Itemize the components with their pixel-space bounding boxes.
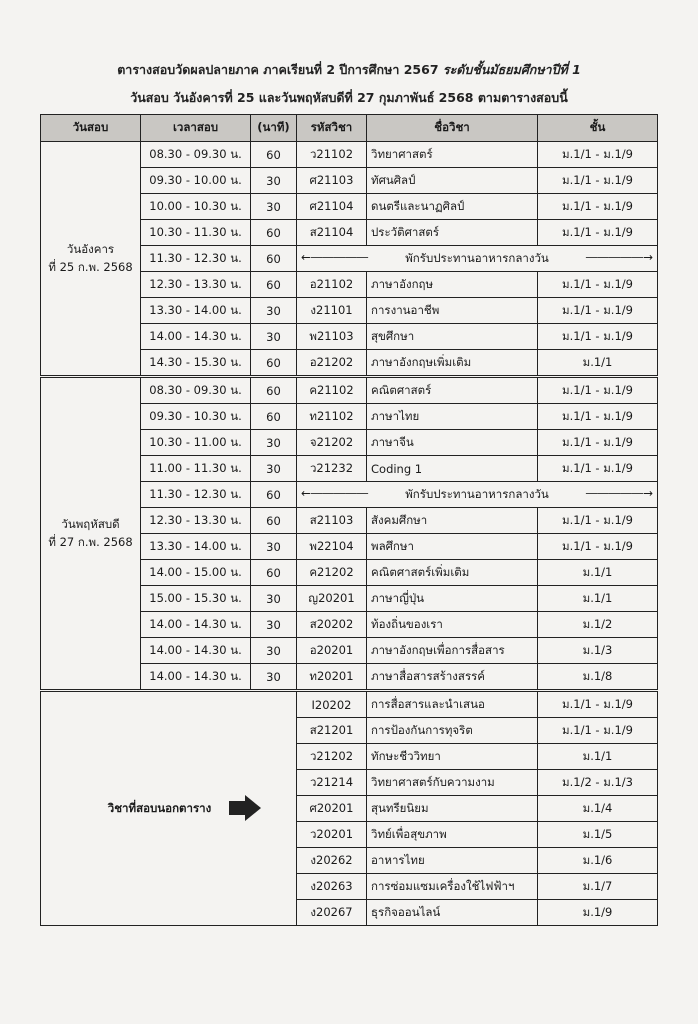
document-title: ตารางสอบวัดผลปลายภาค ภาคเรียนที่ 2 ปีการ… [0,60,698,80]
exam-date: ที่ 27 ก.พ. 2568 [45,534,136,552]
subject-name-cell: การป้องกันการทุจริต [367,718,538,744]
subject-code-cell: ว21232 [297,456,367,482]
subject-name-cell: การสื่อสารและนำเสนอ [367,691,538,718]
subject-name-cell: ทักษะชีววิทยา [367,744,538,770]
subject-code-cell: อ21102 [297,272,367,298]
subject-code-cell: ท21102 [297,404,367,430]
class-cell: ม.1/1 - ม.1/9 [538,508,658,534]
subject-code-cell: ส21201 [297,718,367,744]
minutes-cell: 30 [251,586,297,612]
minutes-cell: 30 [251,612,297,638]
time-cell: 14.00 - 14.30 น. [141,324,251,350]
time-cell: 12.30 - 13.30 น. [141,272,251,298]
subject-name-cell: ธุรกิจออนไลน์ [367,900,538,926]
subject-name-cell: ภาษาอังกฤษ [367,272,538,298]
left-arrow-icon: ←――――― [301,250,368,264]
subject-code-cell: ท20201 [297,664,367,691]
subject-name-cell: Coding 1 [367,456,538,482]
subject-name-cell: ภาษาอังกฤษเพิ่มเติม [367,350,538,377]
class-cell: ม.1/2 - ม.1/3 [538,770,658,796]
minutes-cell: 60 [251,350,297,377]
subject-name-cell: อาหารไทย [367,848,538,874]
minutes-cell: 60 [251,142,297,168]
right-arrow-icon: ―――――→ [586,250,653,264]
class-cell: ม.1/1 - ม.1/9 [538,220,658,246]
time-cell: 13.30 - 14.00 น. [141,534,251,560]
minutes-cell: 60 [251,220,297,246]
subject-name-cell: สุขศึกษา [367,324,538,350]
class-cell: ม.1/1 [538,350,658,377]
subject-name-cell: ทัศนศิลป์ [367,168,538,194]
time-cell: 11.30 - 12.30 น. [141,246,251,272]
class-cell: ม.1/1 [538,560,658,586]
subject-code-cell: ค21202 [297,560,367,586]
subject-code-cell: ง20263 [297,874,367,900]
subject-code-cell: จ21202 [297,430,367,456]
col-header-code: รหัสวิชา [297,115,367,142]
exam-date: ที่ 25 ก.พ. 2568 [45,259,136,277]
class-cell: ม.1/3 [538,638,658,664]
minutes-cell: 30 [251,168,297,194]
subject-name-cell: สังคมศึกษา [367,508,538,534]
lunch-break-cell: ←――――――――――→พักรับประทานอาหารกลางวัน [297,482,658,508]
subject-name-cell: ภาษาสื่อสารสร้างสรรค์ [367,664,538,691]
minutes-cell: 30 [251,194,297,220]
left-arrow-icon: ←――――― [301,486,368,500]
subject-name-cell: วิทย์เพื่อสุขภาพ [367,822,538,848]
col-header-time: เวลาสอบ [141,115,251,142]
subject-name-cell: ภาษาไทย [367,404,538,430]
subject-code-cell: ง20267 [297,900,367,926]
time-cell: 09.30 - 10.30 น. [141,404,251,430]
subject-name-cell: ประวัติศาสตร์ [367,220,538,246]
document-subtitle: วันสอบ วันอังคารที่ 25 และวันพฤหัสบดีที่… [0,88,698,108]
subject-code-cell: ญ20201 [297,586,367,612]
time-cell: 10.30 - 11.00 น. [141,430,251,456]
col-header-subject: ชื่อวิชา [367,115,538,142]
minutes-cell: 60 [251,377,297,404]
time-cell: 12.30 - 13.30 น. [141,508,251,534]
subject-name-cell: คณิตศาสตร์เพิ่มเติม [367,560,538,586]
lunch-break-label: พักรับประทานอาหารกลางวัน [405,251,549,265]
time-cell: 08.30 - 09.30 น. [141,377,251,404]
exam-date-cell: วันพฤหัสบดีที่ 27 ก.พ. 2568 [41,377,141,691]
subject-code-cell: พ22104 [297,534,367,560]
lunch-break-cell: ←――――――――――→พักรับประทานอาหารกลางวัน [297,246,658,272]
minutes-cell: 30 [251,638,297,664]
class-cell: ม.1/1 - ม.1/9 [538,324,658,350]
subject-name-cell: การงานอาชีพ [367,298,538,324]
exam-schedule-table: วันสอบ เวลาสอบ (นาที) รหัสวิชา ชื่อวิชา … [40,114,658,926]
minutes-cell: 60 [251,272,297,298]
class-cell: ม.1/9 [538,900,658,926]
subject-name-cell: ภาษาญี่ปุ่น [367,586,538,612]
class-cell: ม.1/1 - ม.1/9 [538,142,658,168]
off-schedule-row: วิชาที่สอบนอกตารางI20202การสื่อสารและนำเ… [41,691,658,718]
lunch-break-label: พักรับประทานอาหารกลางวัน [405,487,549,501]
minutes-cell: 60 [251,482,297,508]
subject-code-cell: ง20262 [297,848,367,874]
subject-code-cell: อ20201 [297,638,367,664]
minutes-cell: 30 [251,430,297,456]
class-cell: ม.1/1 - ม.1/9 [538,377,658,404]
class-cell: ม.1/6 [538,848,658,874]
subject-code-cell: ค21102 [297,377,367,404]
exam-day-name: วันพฤหัสบดี [45,516,136,534]
time-cell: 15.00 - 15.30 น. [141,586,251,612]
subject-code-cell: ว21202 [297,744,367,770]
time-cell: 13.30 - 14.00 น. [141,298,251,324]
subject-code-cell: ศ21104 [297,194,367,220]
subject-code-cell: ว21102 [297,142,367,168]
minutes-cell: 30 [251,298,297,324]
class-cell: ม.1/8 [538,664,658,691]
minutes-cell: 60 [251,246,297,272]
time-cell: 11.00 - 11.30 น. [141,456,251,482]
minutes-cell: 30 [251,324,297,350]
subject-code-cell: ว20201 [297,822,367,848]
class-cell: ม.1/1 - ม.1/9 [538,430,658,456]
table-header-row: วันสอบ เวลาสอบ (นาที) รหัสวิชา ชื่อวิชา … [41,115,658,142]
subject-name-cell: คณิตศาสตร์ [367,377,538,404]
class-cell: ม.1/1 - ม.1/9 [538,691,658,718]
time-cell: 14.30 - 15.30 น. [141,350,251,377]
title-level: ระดับชั้นมัธยมศึกษาปีที่ 1 [443,62,581,77]
minutes-cell: 30 [251,456,297,482]
class-cell: ม.1/1 [538,586,658,612]
subject-name-cell: ภาษาอังกฤษเพื่อการสื่อสาร [367,638,538,664]
time-cell: 14.00 - 14.30 น. [141,638,251,664]
subject-code-cell: I20202 [297,691,367,718]
col-header-date: วันสอบ [41,115,141,142]
subject-code-cell: ส21104 [297,220,367,246]
time-cell: 10.00 - 10.30 น. [141,194,251,220]
class-cell: ม.1/1 - ม.1/9 [538,194,658,220]
subject-code-cell: ว21214 [297,770,367,796]
class-cell: ม.1/7 [538,874,658,900]
subject-name-cell: ภาษาจีน [367,430,538,456]
minutes-cell: 30 [251,664,297,691]
class-cell: ม.1/1 - ม.1/9 [538,272,658,298]
subject-name-cell: สุนทรียนิยม [367,796,538,822]
time-cell: 14.00 - 14.30 น. [141,664,251,691]
subject-code-cell: ง21101 [297,298,367,324]
subject-name-cell: วิทยาศาสตร์กับความงาม [367,770,538,796]
subject-code-cell: อ21202 [297,350,367,377]
class-cell: ม.1/1 - ม.1/9 [538,404,658,430]
subject-code-cell: พ21103 [297,324,367,350]
subject-code-cell: ศ20201 [297,796,367,822]
minutes-cell: 60 [251,404,297,430]
off-schedule-label-cell: วิชาที่สอบนอกตาราง [41,691,297,926]
time-cell: 14.00 - 14.30 น. [141,612,251,638]
subject-name-cell: ท้องถิ่นของเรา [367,612,538,638]
time-cell: 10.30 - 11.30 น. [141,220,251,246]
class-cell: ม.1/2 [538,612,658,638]
class-cell: ม.1/1 - ม.1/9 [538,456,658,482]
minutes-cell: 30 [251,534,297,560]
time-cell: 08.30 - 09.30 น. [141,142,251,168]
minutes-cell: 60 [251,560,297,586]
subject-name-cell: ดนตรีและนาฏศิลป์ [367,194,538,220]
exam-day-name: วันอังคาร [45,241,136,259]
subject-name-cell: การซ่อมแซมเครื่องใช้ไฟฟ้าฯ [367,874,538,900]
exam-date-cell: วันอังคารที่ 25 ก.พ. 2568 [41,142,141,377]
subject-name-cell: พลศึกษา [367,534,538,560]
col-header-minutes: (นาที) [251,115,297,142]
subject-name-cell: วิทยาศาสตร์ [367,142,538,168]
class-cell: ม.1/1 - ม.1/9 [538,298,658,324]
title-main: ตารางสอบวัดผลปลายภาค ภาคเรียนที่ 2 ปีการ… [117,62,443,77]
off-schedule-label: วิชาที่สอบนอกตาราง [108,801,211,815]
time-cell: 11.30 - 12.30 น. [141,482,251,508]
subject-code-cell: ส21103 [297,508,367,534]
class-cell: ม.1/1 [538,744,658,770]
subject-code-cell: ศ21103 [297,168,367,194]
subject-code-cell: ส20202 [297,612,367,638]
col-header-class: ชั้น [538,115,658,142]
class-cell: ม.1/5 [538,822,658,848]
time-cell: 14.00 - 15.00 น. [141,560,251,586]
time-cell: 09.30 - 10.00 น. [141,168,251,194]
class-cell: ม.1/1 - ม.1/9 [538,168,658,194]
table-row: วันพฤหัสบดีที่ 27 ก.พ. 256808.30 - 09.30… [41,377,658,404]
right-arrow-icon: ―――――→ [586,486,653,500]
table-row: วันอังคารที่ 25 ก.พ. 256808.30 - 09.30 น… [41,142,658,168]
class-cell: ม.1/1 - ม.1/9 [538,718,658,744]
class-cell: ม.1/1 - ม.1/9 [538,534,658,560]
minutes-cell: 60 [251,508,297,534]
class-cell: ม.1/4 [538,796,658,822]
